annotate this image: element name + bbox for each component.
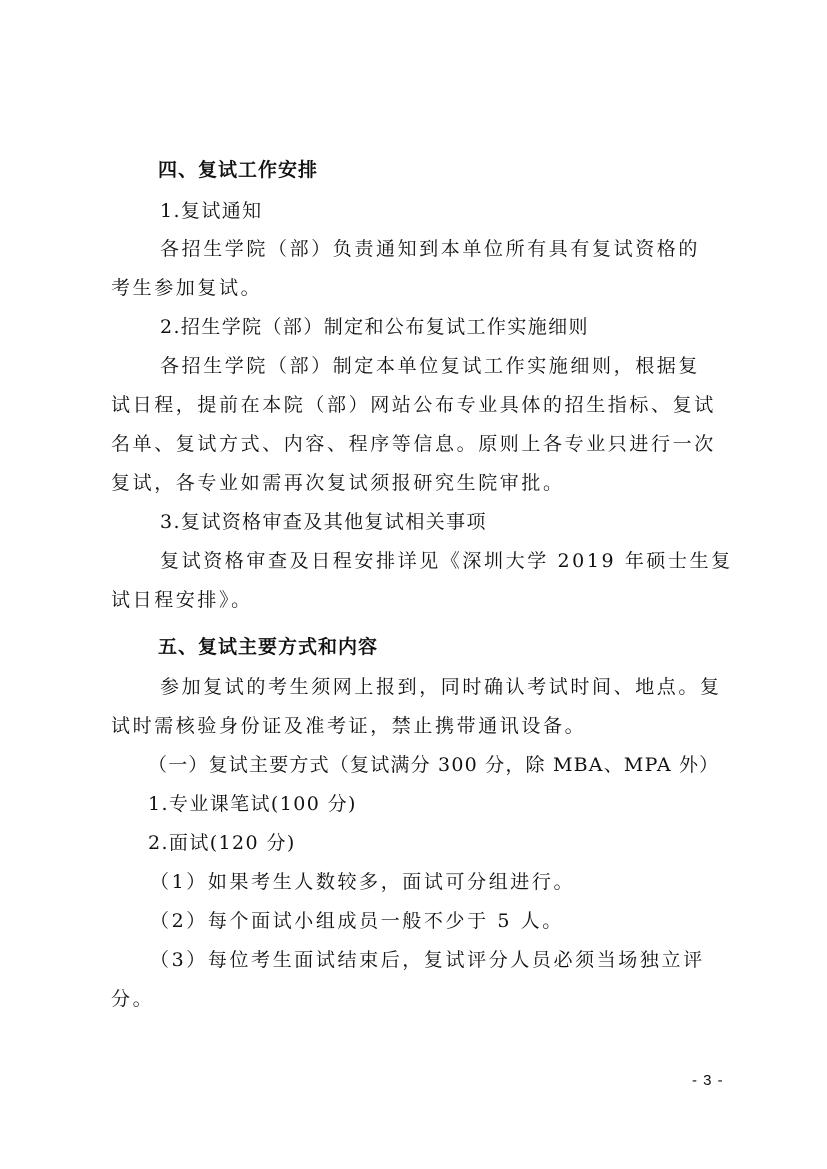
- paragraph-line: 试时需核验身份证及准考证，禁止携带通讯设备。: [111, 714, 827, 738]
- subheading-3: 3.复试资格审查及其他复试相关事项: [160, 510, 827, 534]
- page-number: - 3 -: [692, 1072, 724, 1089]
- section-heading-5: 五、复试主要方式和内容: [158, 635, 827, 659]
- section-heading-4: 四、复试工作安排: [158, 158, 827, 182]
- paragraph-line: 参加复试的考生须网上报到，同时确认考试时间、地点。复: [160, 675, 827, 699]
- paragraph-line: 各招生学院（部）制定本单位复试工作实施细则，根据复: [160, 354, 827, 378]
- list-item-interview: 2.面试(120 分): [148, 831, 827, 855]
- list-item-interview-2: （2）每个面试小组成员一般不少于 5 人。: [150, 909, 827, 933]
- paragraph-line: 复试资格审查及日程安排详见《深圳大学 2019 年硕士生复: [160, 549, 827, 573]
- paragraph-line: 考生参加复试。: [111, 276, 827, 300]
- paragraph-line: 各招生学院（部）负责通知到本单位所有具有复试资格的: [160, 237, 827, 261]
- paragraph-line: 试日程，提前在本院（部）网站公布专业具体的招生指标、复试: [111, 393, 827, 417]
- paragraph-line: 分。: [111, 987, 827, 1011]
- paragraph-line: 名单、复试方式、内容、程序等信息。原则上各专业只进行一次: [111, 432, 827, 456]
- subheading-1: 1.复试通知: [160, 199, 827, 223]
- paragraph-line: 试日程安排》。: [111, 588, 827, 612]
- list-item-interview-1: （1）如果考生人数较多，面试可分组进行。: [150, 870, 827, 894]
- paragraph-line: 复试，各专业如需再次复试须报研究生院审批。: [111, 471, 827, 495]
- list-item-interview-3: （3）每位考生面试结束后，复试评分人员必须当场独立评: [150, 948, 827, 972]
- subheading-2: 2.招生学院（部）制定和公布复试工作实施细则: [160, 315, 827, 339]
- subheading-methods: （一）复试主要方式（复试满分 300 分，除 MBA、MPA 外）: [148, 753, 827, 777]
- list-item-written-exam: 1.专业课笔试(100 分): [148, 792, 827, 816]
